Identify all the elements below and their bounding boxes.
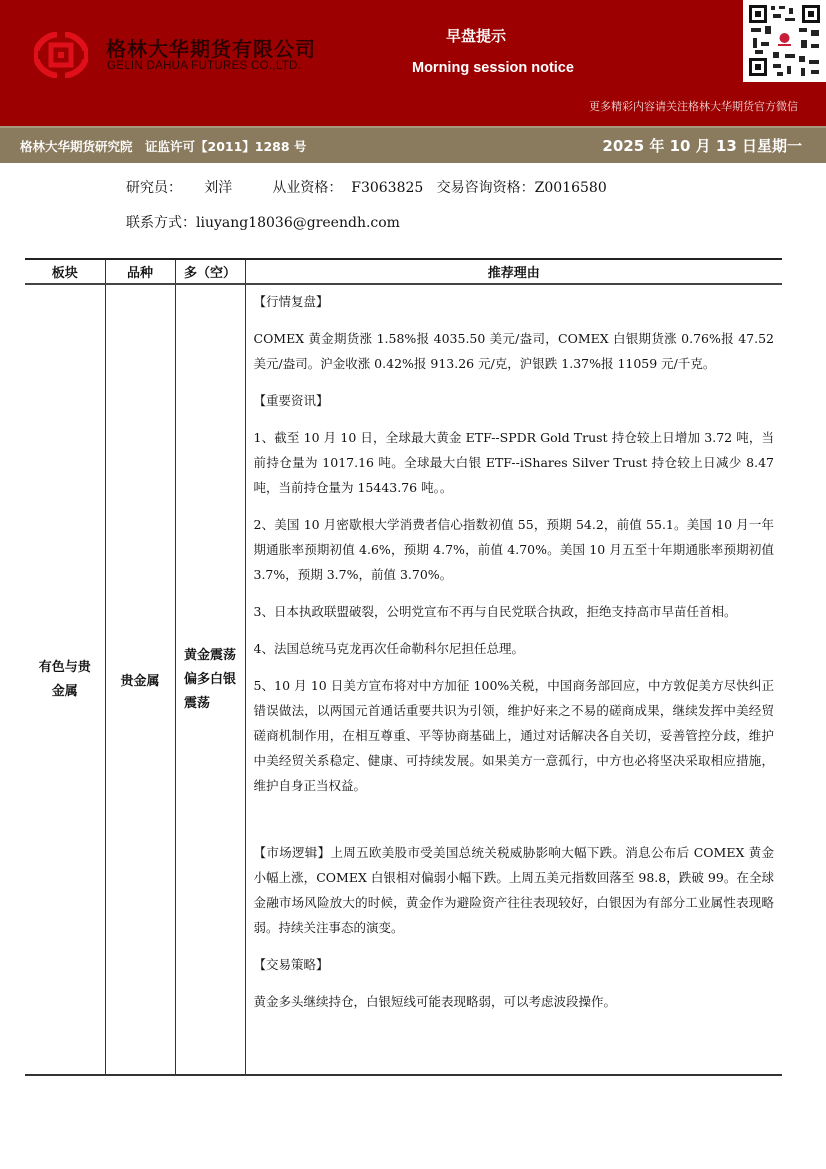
report-title-cn: 早盘提示 [446,25,506,46]
consult-label: 交易咨询资格： [437,180,535,196]
follow-wechat-text: 更多精彩内容请关注格林大华期货官方微信 [589,98,798,114]
researcher-name: 刘洋 [204,180,232,196]
company-name-cn: 格林大华期货有限公司 [106,33,316,62]
recommendation-table: 板块 品种 多（空） 推荐理由 有色与贵金属 贵金属 黄金震荡偏多白银震荡 【行… [25,258,782,1076]
review-text: COMEX 黄金期货涨 1.58%报 4035.50 美元/盎司，COMEX 白… [254,326,775,376]
logic-text: 上周五欧美股市受美国总统关税威胁影响大幅下跌。消息公布后 COMEX 黄金小幅上… [254,845,775,935]
strategy-title: 【交易策略】 [254,952,775,977]
table-header-row: 板块 品种 多（空） 推荐理由 [25,259,782,284]
company-logo-icon [34,32,88,78]
contact-info: 联系方式：liuyang18036@greendh.com [126,212,400,232]
news-item: 3、日本执政联盟破裂，公明党宣布不再与自民党联合执政，拒绝支持高市早苗任首相。 [254,599,775,624]
wechat-qr-code-icon [743,0,826,82]
strategy-text: 黄金多头继续持仓，白银短线可能表现略弱，可以考虑波段操作。 [254,989,775,1014]
review-title: 【行情复盘】 [254,289,775,314]
cell-reason: 【行情复盘】 COMEX 黄金期货涨 1.58%报 4035.50 美元/盎司，… [245,284,782,1075]
news-item: 4、法国总统马克龙再次任命勒科尔尼担任总理。 [254,636,775,661]
report-date: 2025 年 10 月 13 日星期一 [602,135,802,156]
cell-variety: 贵金属 [105,284,175,1075]
researcher-label: 研究员： [126,180,182,196]
researcher-info: 研究员： 刘洋 从业资格： F3063825 交易咨询资格：Z0016580 [126,177,607,197]
consult-number: Z0016580 [535,180,607,196]
header-direction: 多（空） [175,259,245,284]
news-title: 【重要资讯】 [254,388,775,413]
header-variety: 品种 [105,259,175,284]
logic-title: 【市场逻辑】 [254,845,331,860]
header-banner: 格林大华期货有限公司 GELIN DAHUA FUTURES CO.,LTD. … [0,0,826,126]
company-name-en: GELIN DAHUA FUTURES CO.,LTD. [107,60,301,72]
news-item: 2、美国 10 月密歇根大学消费者信心指数初值 55，预期 54.2，前值 55… [254,512,775,587]
contact-email[interactable]: liuyang18036@greendh.com [196,215,400,231]
news-item: 1、截至 10 月 10 日，全球最大黄金 ETF--SPDR Gold Tru… [254,425,775,500]
qualification-number: F3063825 [351,180,423,196]
header-sector: 板块 [25,259,105,284]
cell-direction: 黄金震荡偏多白银震荡 [175,284,245,1075]
contact-label: 联系方式： [126,215,196,231]
news-item: 5、10 月 10 日美方宣布将对中方加征 100%关税，中国商务部回应，中方敦… [254,673,775,798]
header-reason: 推荐理由 [245,259,782,284]
cell-sector: 有色与贵金属 [25,284,105,1075]
report-title-en: Morning session notice [412,60,574,76]
subheader-bar: 格林大华期货研究院 证监许可【2011】1288 号 2025 年 10 月 1… [0,126,826,163]
market-logic: 【市场逻辑】上周五欧美股市受美国总统关税威胁影响大幅下跌。消息公布后 COMEX… [254,840,775,940]
qualification-label: 从业资格： [272,180,342,196]
institute-license: 格林大华期货研究院 证监许可【2011】1288 号 [20,137,306,155]
table-row: 有色与贵金属 贵金属 黄金震荡偏多白银震荡 【行情复盘】 COMEX 黄金期货涨… [25,284,782,1075]
